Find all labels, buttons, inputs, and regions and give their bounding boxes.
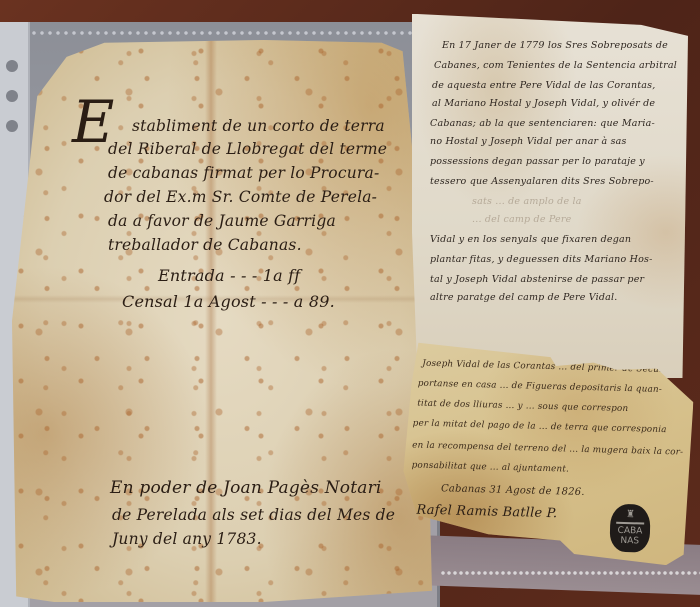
cabanas-seal-stamp: ♜ CABA NAS	[609, 504, 650, 553]
handwritten-line: Cabanas; ab la que sentenciaren: que Mar…	[430, 118, 655, 129]
handwritten-line: en la recompensa del terreno del ... la …	[412, 440, 683, 457]
handwritten-line: stabliment de un corto de terra	[132, 117, 385, 135]
censal-line: Censal 1a Agost - - - a 89.	[122, 292, 335, 311]
binder-hole	[6, 60, 18, 72]
handwritten-line: plantar fitas, y deguessen dits Mariano …	[430, 254, 653, 265]
handwritten-line: de cabanas firmat per lo Procura-	[108, 164, 379, 182]
seal-bar	[616, 522, 644, 525]
handwritten-line: dor del Ex.m Sr. Comte de Perela-	[104, 188, 377, 206]
handwritten-line: al Mariano Hostal y Joseph Vidal, y oliv…	[432, 98, 655, 109]
handwritten-line: portanse en casa ... de Figueras deposit…	[418, 379, 663, 395]
handwritten-line: no Hostal y Joseph Vidal per anar à sas	[430, 136, 627, 147]
binder-hole	[6, 90, 18, 102]
handwritten-line: da a favor de Jaume Garriga	[108, 212, 336, 230]
signature: Rafel Ramis Batlle P.	[416, 503, 557, 522]
handwritten-line: Cabanes, com Tenientes de la Sentencia a…	[434, 60, 677, 71]
handwritten-line: tal y Joseph Vidal abstenirse de passar …	[430, 274, 644, 285]
closing-line: de Perelada als set dias del Mes de	[112, 506, 395, 524]
handwritten-line: ponsabilitat que ... al ajuntament.	[411, 460, 569, 474]
sleeve-seam	[30, 30, 440, 36]
document-establiment-1783: E stabliment de un corto de terra del Ri…	[12, 40, 432, 602]
faded-line: sats ... de amplo de la	[472, 196, 582, 207]
handwritten-line: altre paratge del camp de Pere Vidal.	[430, 292, 617, 303]
handwritten-line: tessero que Assenyalaren dits Sres Sobre…	[430, 176, 654, 187]
handwritten-line: del Riberal de Llobregat del terme	[108, 140, 387, 158]
document-sentencia-1779: En 17 Janer de 1779 los Sres Sobreposats…	[412, 14, 688, 378]
handwritten-line: titat de dos lliuras ... y ... sous que …	[417, 399, 628, 415]
handwritten-line: Vidal y en los senyals que fixaren degan	[430, 234, 631, 245]
sleeve-seam-2	[440, 570, 700, 576]
closing-line: En poder de Joan Pagès Notari	[110, 478, 382, 498]
handwritten-line: treballador de Cabanas.	[108, 236, 302, 254]
handwritten-line: de aquesta entre Pere Vidal de las Coran…	[432, 80, 655, 91]
entry-line: Entrada - - - 1a ff	[158, 266, 300, 285]
handwritten-line: per la mitat del pago de la ... de terra…	[413, 418, 667, 435]
handwritten-line: En 17 Janer de 1779 los Sres Sobreposats…	[442, 40, 668, 51]
faded-line: ... del camp de Pere	[472, 214, 571, 225]
seal-emblem-icon: ♜	[610, 510, 650, 521]
binder-hole	[6, 120, 18, 132]
seal-text-2: NAS	[610, 536, 650, 547]
handwritten-line: possessions degan passar per lo parataje…	[430, 156, 645, 167]
closing-line-date: Juny del any 1783.	[112, 530, 262, 548]
date-line: Cabanas 31 Agost de 1826.	[441, 483, 585, 498]
